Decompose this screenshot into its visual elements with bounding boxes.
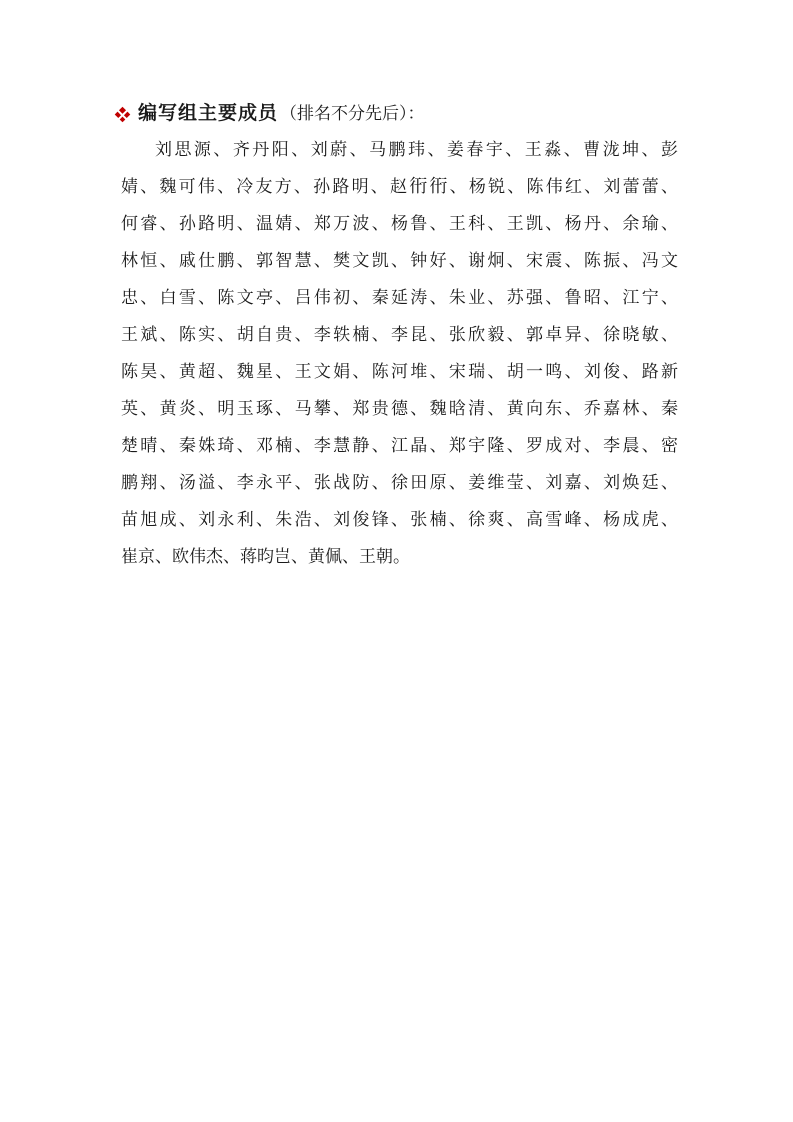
name-list-segment: 何睿、孙路明、温婧、郑万波、杨鲁、王科、王凯、杨丹、余瑜、	[121, 214, 678, 233]
diamond-bullet-icon	[115, 106, 131, 122]
name-list-segment: 楚晴、秦姝琦、邓楠、李慧静、江晶、郑宇隆、罗成对、李晨、密	[121, 436, 678, 455]
paragraph-line: 英、黄炎、明玉琢、马攀、郑贵德、魏晗清、黄向东、乔嘉林、秦	[121, 390, 678, 427]
document-page: 编写组主要成员 （排名不分先后）： 刘思源、齐丹阳、刘蔚、马鹏玮、姜春宇、王淼、…	[0, 0, 793, 1122]
name-list-segment: 英、黄炎、明玉琢、马攀、郑贵德、魏晗清、黄向东、乔嘉林、秦	[121, 399, 678, 418]
paragraph-line: 崔京、欧伟杰、蒋昀岂、黄佩、王朝。	[121, 538, 678, 575]
name-list-segment: 林恒、戚仕鹏、郭智慧、樊文凯、钟好、谢炯、宋震、陈振、冯文	[121, 251, 678, 270]
paragraph-line: 陈昊、黄超、魏星、王文娟、陈河堆、宋瑞、胡一鸣、刘俊、路新	[121, 353, 678, 390]
name-list-segment: 、杨锐、陈伟红、刘蕾蕾、	[450, 177, 678, 196]
paragraph-line: 鹏翔、汤溢、李永平、张战防、徐田原、姜维莹、刘嘉、刘焕廷、	[121, 464, 678, 501]
paragraph-line: 楚晴、秦姝琦、邓楠、李慧静、江晶、郑宇隆、罗成对、李晨、密	[121, 427, 678, 464]
paragraph-line: 王斌、陈实、胡自贵、李轶楠、李昆、张欣毅、郭卓异、徐晓敏、	[121, 316, 678, 353]
name-list-segment: 崔京、欧伟杰、蒋昀岂、黄佩、王朝。	[121, 547, 410, 566]
heading-note: （排名不分先后）：	[280, 100, 425, 128]
paragraph-line: 苗旭成、刘永利、朱浩、刘俊锋、张楠、徐爽、高雪峰、杨成虎、	[121, 501, 678, 538]
section-heading: 编写组主要成员 （排名不分先后）：	[117, 100, 683, 128]
name-list-segment: 刘思源、齐丹阳、刘蔚、马鹏玮、姜春宇、王淼、曹泷坤、彭	[155, 140, 678, 159]
paragraph-line: 何睿、孙路明、温婧、郑万波、杨鲁、王科、王凯、杨丹、余瑜、	[121, 205, 678, 242]
name-list-segment: 苗旭成、刘永利、朱浩、刘俊锋、张楠、徐爽、高雪峰、杨成虎、	[121, 510, 678, 529]
paragraph-line: 刘思源、齐丹阳、刘蔚、马鹏玮、姜春宇、王淼、曹泷坤、彭	[121, 131, 678, 168]
paragraph-line: 婧、魏可伟、冷友方、孙路明、赵衎衎、杨锐、陈伟红、刘蕾蕾、	[121, 168, 678, 205]
member-paragraph: 刘思源、齐丹阳、刘蔚、马鹏玮、姜春宇、王淼、曹泷坤、彭婧、魏可伟、冷友方、孙路明…	[121, 131, 678, 575]
fallback-font-name-segment: 衎衎	[409, 176, 449, 197]
heading-title: 编写组主要成员	[138, 100, 278, 128]
name-list-segment: 鹏翔、汤溢、李永平、张战防、徐田原、姜维莹、刘嘉、刘焕廷、	[121, 473, 678, 492]
name-list-segment: 忠、白雪、陈文亭、吕伟初、秦延涛、朱业、苏强、鲁昭、江宁、	[121, 288, 678, 307]
name-list-segment: 陈昊、黄超、魏星、王文娟、陈河堆、宋瑞、胡一鸣、刘俊、路新	[121, 362, 678, 381]
name-list-segment: 婧、魏可伟、冷友方、孙路明、赵	[121, 177, 409, 196]
paragraph-line: 忠、白雪、陈文亭、吕伟初、秦延涛、朱业、苏强、鲁昭、江宁、	[121, 279, 678, 316]
paragraph-line: 林恒、戚仕鹏、郭智慧、樊文凯、钟好、谢炯、宋震、陈振、冯文	[121, 242, 678, 279]
name-list-segment: 王斌、陈实、胡自贵、李轶楠、李昆、张欣毅、郭卓异、徐晓敏、	[121, 325, 678, 344]
